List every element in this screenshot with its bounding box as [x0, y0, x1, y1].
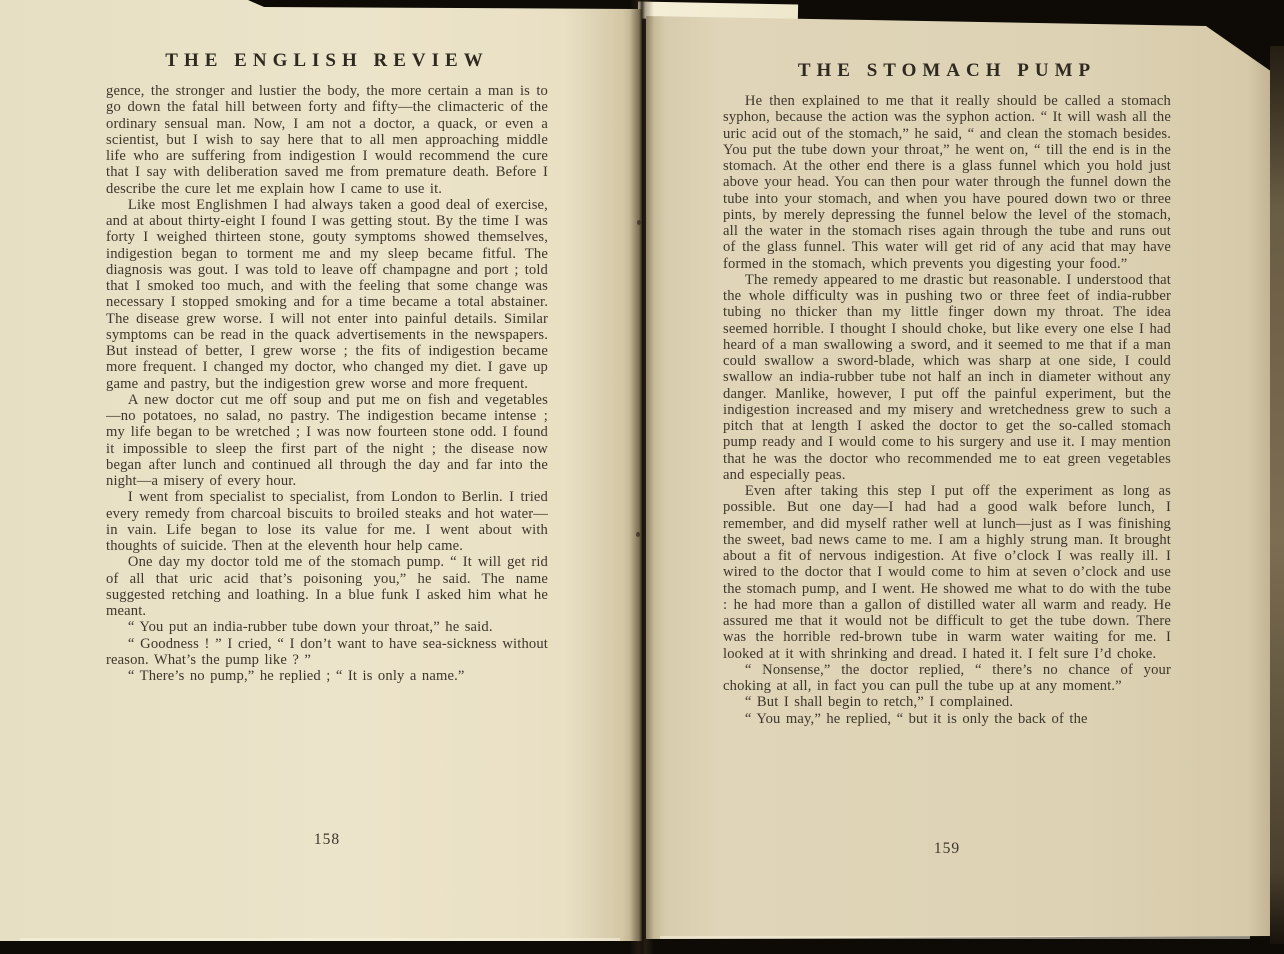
right-page-bottom-edge [660, 936, 1250, 939]
paragraph: I went from specialist to specialist, fr… [106, 489, 548, 554]
book-spread-photo: THE ENGLISH REVIEW THE STOMACH PUMP genc… [0, 0, 1284, 954]
paragraph: He then explained to me that it really s… [723, 93, 1171, 272]
paragraph: One day my doctor told me of the stomach… [106, 554, 548, 619]
paragraph: A new doctor cut me off soup and put me … [106, 392, 548, 490]
paragraph: “ You put an india-rubber tube down your… [106, 619, 548, 635]
book-gutter-shadow [630, 0, 654, 954]
paragraph: gence, the stronger and lustier the body… [106, 83, 548, 197]
paragraph: The remedy appeared to me drastic but re… [723, 272, 1171, 483]
paragraph: Like most Englishmen I had always taken … [106, 197, 548, 392]
paragraph: Even after taking this step I put off th… [723, 483, 1171, 662]
left-page-number: 158 [106, 831, 548, 849]
book-fore-edge [1270, 46, 1284, 944]
left-running-head: THE ENGLISH REVIEW [106, 50, 548, 72]
right-running-head: THE STOMACH PUMP [723, 60, 1171, 82]
paragraph: “ There’s no pump,” he replied ; “ It is… [106, 668, 548, 684]
paragraph: “ But I shall begin to retch,” I complai… [723, 694, 1171, 710]
right-page-text: He then explained to me that it really s… [723, 93, 1171, 727]
left-page-text: gence, the stronger and lustier the body… [106, 83, 548, 684]
paragraph: “ Nonsense,” the doctor replied, “ there… [723, 662, 1171, 695]
paragraph: “ Goodness ! ” I cried, “ I don’t want t… [106, 636, 548, 669]
right-page-number: 159 [723, 840, 1171, 858]
binding-stitch-speck [636, 532, 640, 537]
paragraph: “ You may,” he replied, “ but it is only… [723, 711, 1171, 727]
binding-stitch-speck [637, 220, 641, 225]
left-page-bottom-edge [20, 938, 620, 941]
